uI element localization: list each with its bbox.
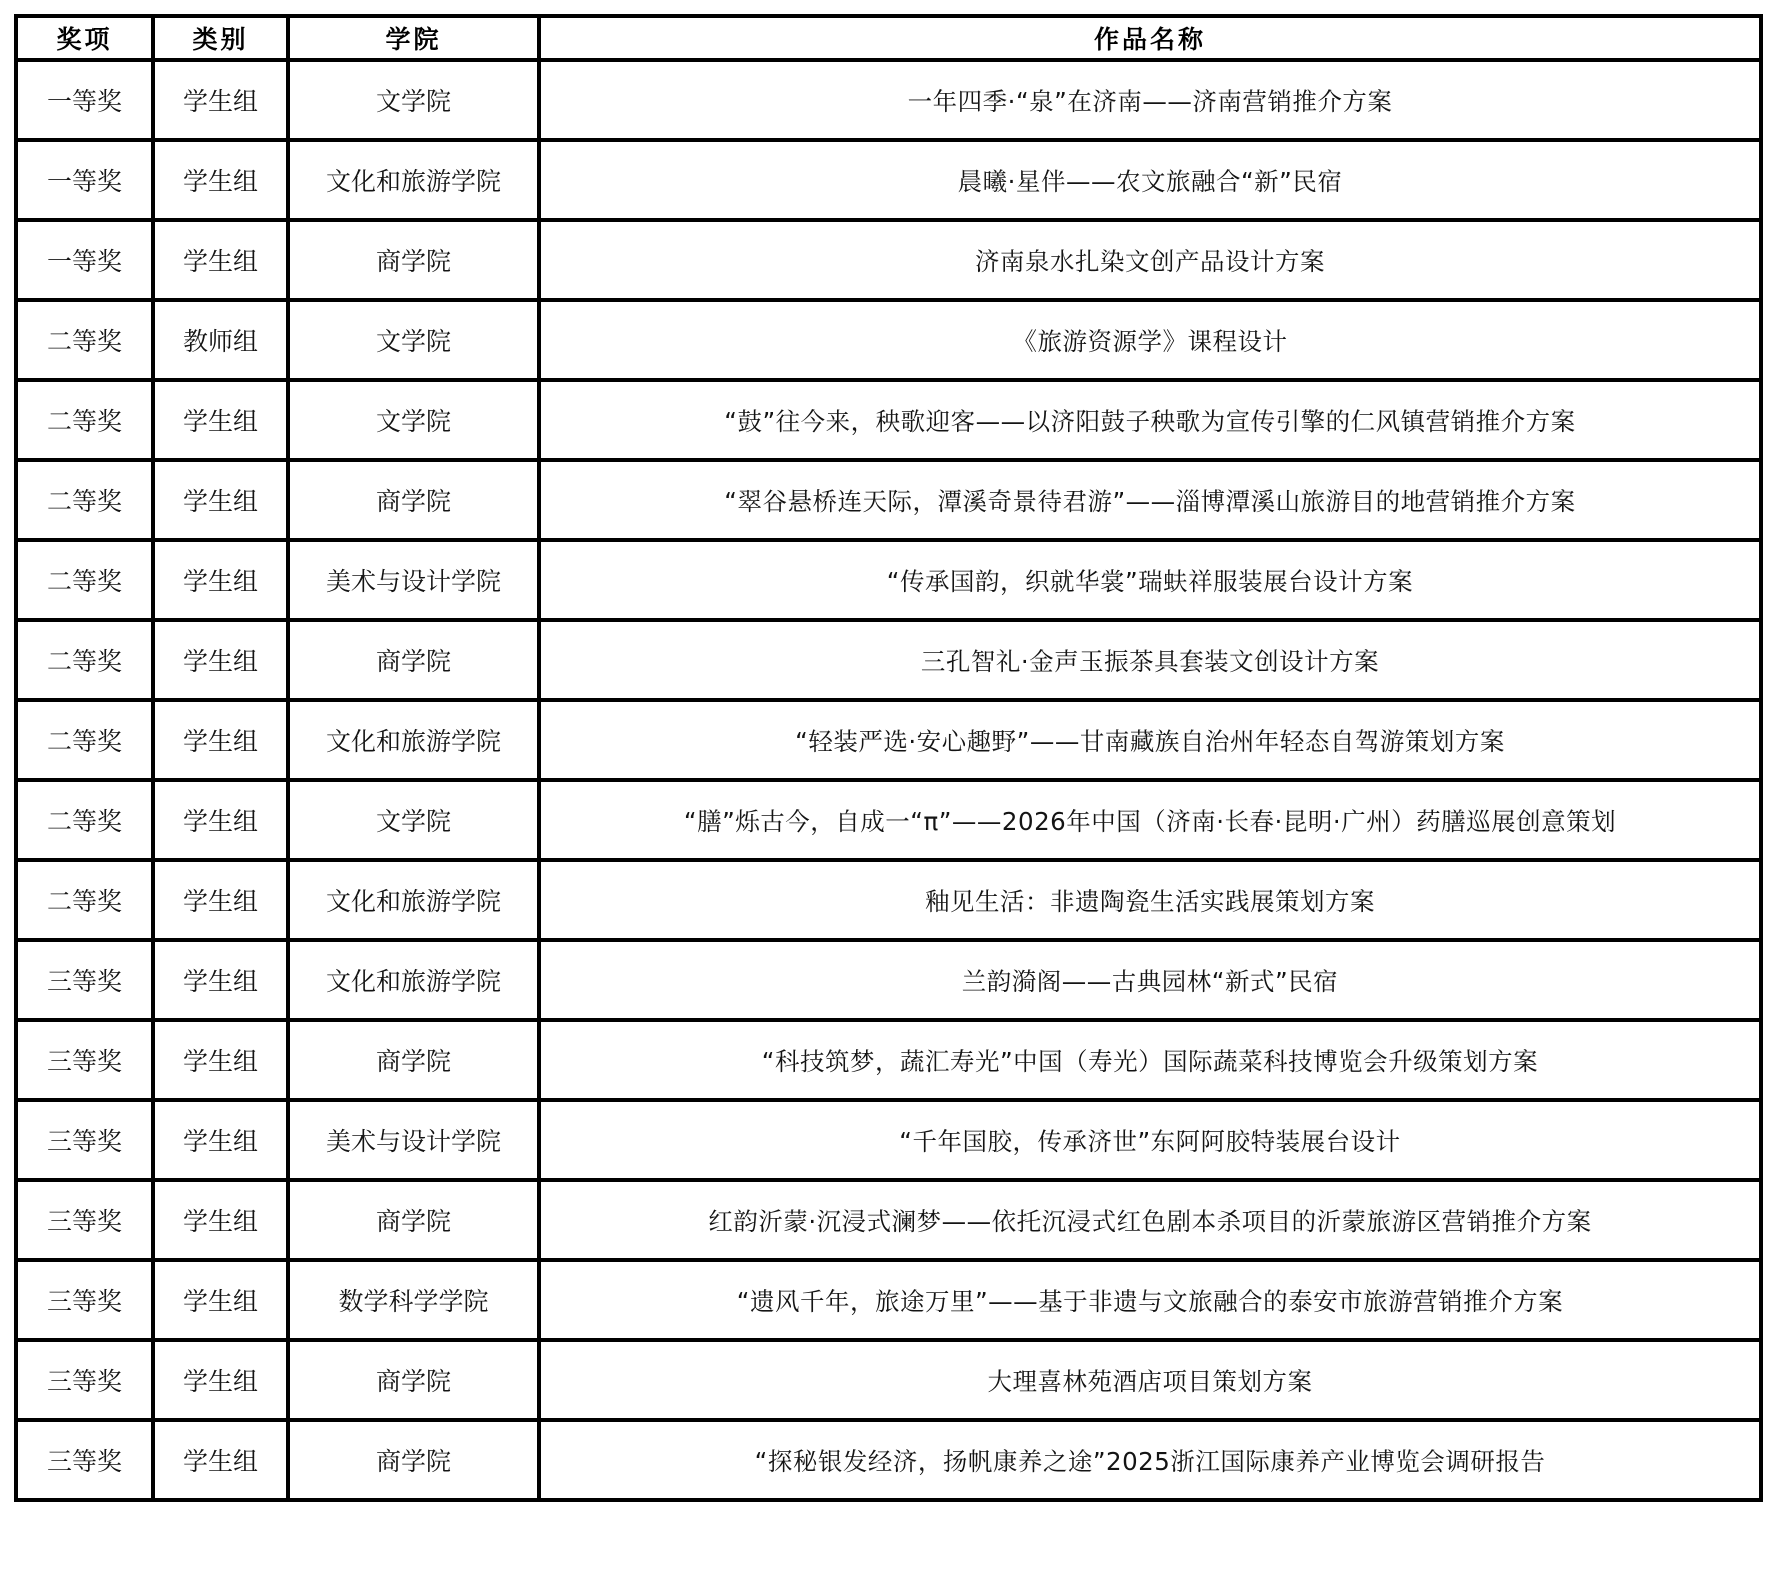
- college-cell: 商学院: [288, 1420, 539, 1500]
- award-cell: 三等奖: [16, 1420, 153, 1500]
- category-cell: 学生组: [153, 780, 288, 860]
- title-cell: 晨曦·星伴——农文旅融合“新”民宿: [539, 140, 1761, 220]
- table-row: 一等奖 学生组 文学院 一年四季·“泉”在济南——济南营销推介方案: [16, 60, 1761, 140]
- table-row: 一等奖 学生组 文化和旅游学院 晨曦·星伴——农文旅融合“新”民宿: [16, 140, 1761, 220]
- college-cell: 文学院: [288, 60, 539, 140]
- college-cell: 数学科学学院: [288, 1260, 539, 1340]
- award-cell: 一等奖: [16, 140, 153, 220]
- award-cell: 三等奖: [16, 1260, 153, 1340]
- title-cell: “传承国韵，织就华裳”瑞蚨祥服装展台设计方案: [539, 540, 1761, 620]
- college-cell: 美术与设计学院: [288, 1100, 539, 1180]
- category-cell: 学生组: [153, 460, 288, 540]
- title-cell: “千年国胶，传承济世”东阿阿胶特装展台设计: [539, 1100, 1761, 1180]
- table-row: 二等奖 学生组 美术与设计学院 “传承国韵，织就华裳”瑞蚨祥服装展台设计方案: [16, 540, 1761, 620]
- award-cell: 一等奖: [16, 60, 153, 140]
- award-cell: 二等奖: [16, 780, 153, 860]
- college-cell: 商学院: [288, 220, 539, 300]
- award-cell: 三等奖: [16, 1100, 153, 1180]
- award-cell: 三等奖: [16, 1020, 153, 1100]
- table-row: 二等奖 教师组 文学院 《旅游资源学》课程设计: [16, 300, 1761, 380]
- title-cell: “膳”烁古今，自成一“π”——2026年中国（济南·长春·昆明·广州）药膳巡展创…: [539, 780, 1761, 860]
- category-cell: 学生组: [153, 1100, 288, 1180]
- award-cell: 三等奖: [16, 1340, 153, 1420]
- table-row: 二等奖 学生组 文学院 “鼓”往今来，秧歌迎客——以济阳鼓子秧歌为宣传引擎的仁风…: [16, 380, 1761, 460]
- table-row: 三等奖 学生组 商学院 “科技筑梦，蔬汇寿光”中国（寿光）国际蔬菜科技博览会升级…: [16, 1020, 1761, 1100]
- category-cell: 学生组: [153, 940, 288, 1020]
- award-cell: 二等奖: [16, 460, 153, 540]
- award-cell: 三等奖: [16, 1180, 153, 1260]
- college-cell: 文化和旅游学院: [288, 940, 539, 1020]
- award-cell: 二等奖: [16, 700, 153, 780]
- category-cell: 学生组: [153, 860, 288, 940]
- college-cell: 美术与设计学院: [288, 540, 539, 620]
- college-cell: 文化和旅游学院: [288, 860, 539, 940]
- title-cell: “翠谷悬桥连天际，潭溪奇景待君游”——淄博潭溪山旅游目的地营销推介方案: [539, 460, 1761, 540]
- college-cell: 商学院: [288, 1020, 539, 1100]
- category-cell: 学生组: [153, 620, 288, 700]
- college-cell: 商学院: [288, 620, 539, 700]
- table-row: 二等奖 学生组 商学院 “翠谷悬桥连天际，潭溪奇景待君游”——淄博潭溪山旅游目的…: [16, 460, 1761, 540]
- category-cell: 学生组: [153, 540, 288, 620]
- college-cell: 文学院: [288, 300, 539, 380]
- award-cell: 二等奖: [16, 860, 153, 940]
- category-cell: 学生组: [153, 1020, 288, 1100]
- college-cell: 文学院: [288, 780, 539, 860]
- award-cell: 二等奖: [16, 300, 153, 380]
- table-header-row: 奖项 类别 学院 作品名称: [16, 16, 1761, 60]
- title-cell: 三孔智礼·金声玉振茶具套装文创设计方案: [539, 620, 1761, 700]
- title-cell: 红韵沂蒙·沉浸式澜梦——依托沉浸式红色剧本杀项目的沂蒙旅游区营销推介方案: [539, 1180, 1761, 1260]
- title-cell: 兰韵漪阁——古典园林“新式”民宿: [539, 940, 1761, 1020]
- table-row: 三等奖 学生组 美术与设计学院 “千年国胶，传承济世”东阿阿胶特装展台设计: [16, 1100, 1761, 1180]
- award-results-table: 奖项 类别 学院 作品名称 一等奖 学生组 文学院 一年四季·“泉”在济南——济…: [14, 14, 1763, 1502]
- title-cell: 一年四季·“泉”在济南——济南营销推介方案: [539, 60, 1761, 140]
- title-cell: 《旅游资源学》课程设计: [539, 300, 1761, 380]
- table-row: 三等奖 学生组 商学院 大理喜林苑酒店项目策划方案: [16, 1340, 1761, 1420]
- header-college: 学院: [288, 16, 539, 60]
- title-cell: 釉见生活：非遗陶瓷生活实践展策划方案: [539, 860, 1761, 940]
- college-cell: 商学院: [288, 1340, 539, 1420]
- category-cell: 学生组: [153, 700, 288, 780]
- title-cell: “科技筑梦，蔬汇寿光”中国（寿光）国际蔬菜科技博览会升级策划方案: [539, 1020, 1761, 1100]
- header-category: 类别: [153, 16, 288, 60]
- category-cell: 学生组: [153, 220, 288, 300]
- college-cell: 商学院: [288, 460, 539, 540]
- college-cell: 商学院: [288, 1180, 539, 1260]
- award-cell: 二等奖: [16, 380, 153, 460]
- award-cell: 三等奖: [16, 940, 153, 1020]
- table-row: 一等奖 学生组 商学院 济南泉水扎染文创产品设计方案: [16, 220, 1761, 300]
- table-row: 二等奖 学生组 文化和旅游学院 釉见生活：非遗陶瓷生活实践展策划方案: [16, 860, 1761, 940]
- title-cell: 大理喜林苑酒店项目策划方案: [539, 1340, 1761, 1420]
- table-row: 二等奖 学生组 文学院 “膳”烁古今，自成一“π”——2026年中国（济南·长春…: [16, 780, 1761, 860]
- table-row: 二等奖 学生组 文化和旅游学院 “轻装严选·安心趣野”——甘南藏族自治州年轻态自…: [16, 700, 1761, 780]
- category-cell: 学生组: [153, 60, 288, 140]
- award-cell: 二等奖: [16, 620, 153, 700]
- title-cell: “轻装严选·安心趣野”——甘南藏族自治州年轻态自驾游策划方案: [539, 700, 1761, 780]
- title-cell: “鼓”往今来，秧歌迎客——以济阳鼓子秧歌为宣传引擎的仁风镇营销推介方案: [539, 380, 1761, 460]
- category-cell: 学生组: [153, 1340, 288, 1420]
- award-cell: 一等奖: [16, 220, 153, 300]
- title-cell: “遗风千年，旅途万里”——基于非遗与文旅融合的泰安市旅游营销推介方案: [539, 1260, 1761, 1340]
- title-cell: “探秘银发经济，扬帆康养之途”2025浙江国际康养产业博览会调研报告: [539, 1420, 1761, 1500]
- category-cell: 学生组: [153, 1180, 288, 1260]
- category-cell: 学生组: [153, 1420, 288, 1500]
- award-cell: 二等奖: [16, 540, 153, 620]
- category-cell: 学生组: [153, 140, 288, 220]
- category-cell: 教师组: [153, 300, 288, 380]
- category-cell: 学生组: [153, 1260, 288, 1340]
- college-cell: 文化和旅游学院: [288, 700, 539, 780]
- table-row: 三等奖 学生组 数学科学学院 “遗风千年，旅途万里”——基于非遗与文旅融合的泰安…: [16, 1260, 1761, 1340]
- header-award: 奖项: [16, 16, 153, 60]
- table-row: 三等奖 学生组 商学院 “探秘银发经济，扬帆康养之途”2025浙江国际康养产业博…: [16, 1420, 1761, 1500]
- college-cell: 文化和旅游学院: [288, 140, 539, 220]
- table-row: 三等奖 学生组 商学院 红韵沂蒙·沉浸式澜梦——依托沉浸式红色剧本杀项目的沂蒙旅…: [16, 1180, 1761, 1260]
- category-cell: 学生组: [153, 380, 288, 460]
- table-row: 二等奖 学生组 商学院 三孔智礼·金声玉振茶具套装文创设计方案: [16, 620, 1761, 700]
- title-cell: 济南泉水扎染文创产品设计方案: [539, 220, 1761, 300]
- header-title: 作品名称: [539, 16, 1761, 60]
- table-row: 三等奖 学生组 文化和旅游学院 兰韵漪阁——古典园林“新式”民宿: [16, 940, 1761, 1020]
- college-cell: 文学院: [288, 380, 539, 460]
